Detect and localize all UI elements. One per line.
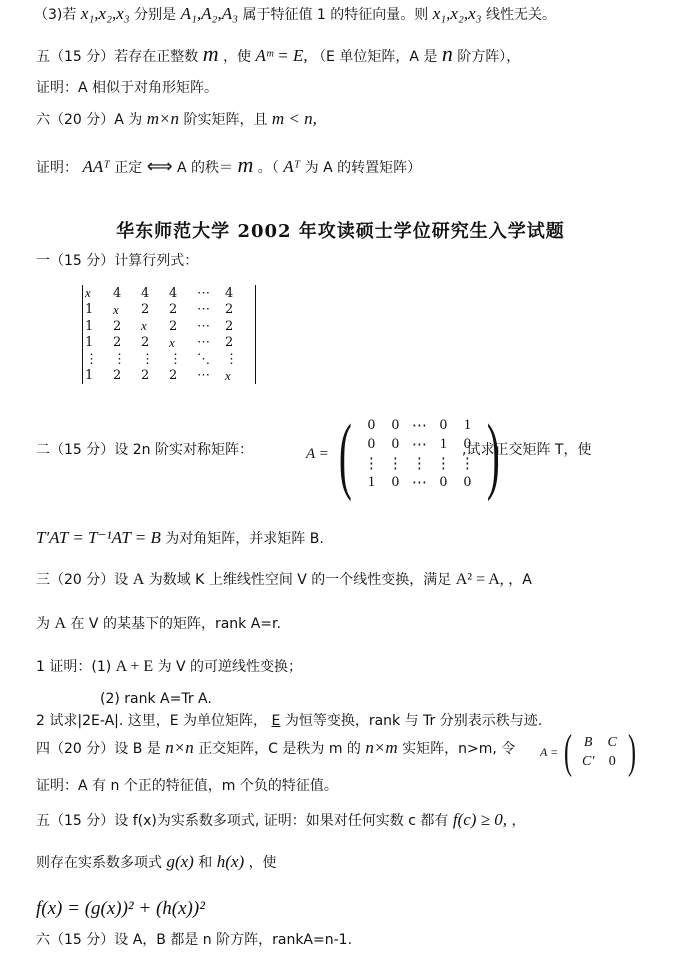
- q6-line1: 六（15 分）设 A，B 都是 n 阶方阵，rankA=n-1.: [36, 930, 352, 950]
- math-n-times-m: n×m: [365, 738, 397, 757]
- text: （3)若: [34, 7, 76, 23]
- matrix-table: BC C′0: [576, 733, 624, 771]
- q3-line1: 三（20 分）设 A 为数域 K 上维线性空间 V 的一个线性变换，满足 A² …: [36, 570, 532, 590]
- q4-line2: 证明：A 有 n 个正的特征值，m 个负的特征值。: [36, 776, 338, 796]
- math-m-times-n: m×n: [147, 109, 179, 128]
- math-m-less-n: m < n,: [272, 109, 317, 128]
- text: ，使: [223, 49, 251, 65]
- q4-line1: 四（20 分）设 B 是 n×n 正交矩阵，C 是秩为 m 的 n×m 实矩阵，…: [36, 738, 515, 759]
- math-a: A: [54, 615, 66, 632]
- text: 正交矩阵，C 是秩为 m 的: [198, 741, 361, 757]
- text: 阶方阵），: [457, 49, 520, 65]
- math-x-vectors: x₁,x₂,x₃: [81, 4, 130, 23]
- q5-line3: f(x) = (g(x))² + (h(x))²: [36, 899, 205, 920]
- math-a-power-m-equals-e: Aᵐ = E,: [256, 46, 308, 65]
- math-x-vectors: x₁,x₂,x₃: [433, 4, 482, 23]
- text: 正定: [114, 160, 142, 176]
- math-n-times-n: n×n: [165, 738, 193, 757]
- text: 则存在实系数多项式: [36, 855, 162, 871]
- text: 五（15 分）设 f(x)为实系数多项式, 证明：如果对任何实数 c 都有: [36, 813, 448, 829]
- q5-line1: 五（15 分）设 f(x)为实系数多项式, 证明：如果对任何实数 c 都有 f(…: [36, 810, 525, 831]
- q2-label: 二（15 分）设 2n 阶实对称矩阵：: [36, 440, 253, 460]
- math-a-plus-e: A + E: [116, 658, 153, 675]
- text: 为数域 K 上维线性空间 V 的一个线性变换，满足: [149, 572, 452, 588]
- math-idempotent: A² = A,: [456, 571, 504, 588]
- text: 1 证明：(1): [36, 659, 111, 675]
- text: 三（20 分）设: [36, 572, 128, 588]
- matrix-label: A =: [540, 745, 558, 760]
- text-line-q6-prev: 六（20 分）A 为 m×n 阶实矩阵，且 m < n,: [36, 109, 317, 130]
- text-line-proof-diag: 证明：A 相似于对角形矩阵。: [36, 78, 218, 98]
- text-line-q5-prev: 五（15 分）若存在正整数 m ，使 Aᵐ = E, （E 单位矩阵，A 是 n…: [36, 44, 520, 67]
- left-paren-icon: (: [339, 414, 352, 494]
- q5-line2: 则存在实系数多项式 g(x) 和 h(x) ，使: [36, 852, 277, 873]
- text: 为 A 的转置矩阵）: [305, 160, 421, 176]
- q3-line2: 为 A 在 V 的某基下的矩阵，rank A=r.: [36, 614, 281, 634]
- text: ，使: [249, 855, 277, 871]
- text: 阶实矩阵，且: [183, 112, 267, 128]
- text-line-eigenvectors: （3)若 x₁,x₂,x₃ 分别是 A₁,A₂,A₃ 属于特征值 1 的特征向量…: [34, 4, 556, 25]
- q3-line4: (2) rank A=Tr A.: [100, 689, 212, 709]
- q2-after: ,试求正交矩阵 T，使: [462, 440, 591, 460]
- math-n: n: [442, 41, 453, 66]
- right-paren-icon: ): [628, 730, 636, 774]
- math-g: g(x): [166, 852, 193, 871]
- determinant: x444⋯4 1x22⋯2 12x2⋯2 122x⋯2 ⋮⋮⋮⋮⋱⋮ 1222⋯…: [82, 285, 256, 384]
- math-f-nonneg: f(c) ≥ 0,: [453, 810, 507, 829]
- text: 为: [36, 616, 50, 632]
- text: 五（15 分）若存在正整数: [36, 49, 198, 65]
- text: 为恒等变换，rank 与 Tr 分别表示秩与迹.: [285, 713, 542, 729]
- q3-line3: 1 证明：(1) A + E 为 V 的可逆线性变换；: [36, 657, 302, 677]
- iff-arrow-icon: ⟺: [147, 156, 173, 177]
- text: 2 试求|2E-A|. 这里，E 为单位矩阵，: [36, 713, 267, 729]
- determinant-table: x444⋯4 1x22⋯2 12x2⋯2 122x⋯2 ⋮⋮⋮⋮⋱⋮ 1222⋯…: [85, 285, 253, 384]
- math-aat: AAᵀ: [82, 157, 109, 176]
- math-m: m: [203, 41, 219, 66]
- math-orthogonal-similarity: T′AT = T⁻¹AT = B: [36, 528, 161, 547]
- text: 四（20 分）设 B 是: [36, 741, 161, 757]
- text: 实矩阵，n>m, 令: [402, 741, 515, 757]
- left-paren-icon: (: [564, 730, 572, 774]
- q2-equation-line: T′AT = T⁻¹AT = B 为对角矩阵，并求矩阵 B.: [36, 528, 324, 549]
- matrix-label: A =: [306, 446, 329, 463]
- exam-title: 华东师范大学 2002 年攻读硕士学位研究生入学试题: [0, 217, 681, 243]
- text: 属于特征值 1 的特征向量。则: [242, 7, 428, 23]
- math-a-matrices: A₁,A₂,A₃: [181, 4, 238, 23]
- matrix-a-block: A = ( BC C′0 ): [540, 730, 640, 774]
- text: 和: [198, 855, 212, 871]
- math-at: Aᵀ: [283, 157, 300, 176]
- text-e-identity: E: [272, 713, 281, 729]
- text-line-proof-rank: 证明： AAᵀ 正定 ⟺ A 的秩＝ m 。（ Aᵀ 为 A 的转置矩阵）: [36, 155, 421, 178]
- text: 为对角矩阵，并求矩阵 B.: [165, 531, 324, 547]
- text: 六（20 分）A 为: [36, 112, 142, 128]
- text: 在 V 的某基下的矩阵，rank A=r.: [70, 616, 280, 632]
- text: 分别是: [134, 7, 176, 23]
- text: ，: [511, 813, 525, 829]
- text: 证明：: [36, 160, 78, 176]
- text: 。（: [258, 160, 279, 176]
- math-a: A: [133, 571, 145, 588]
- math-sum-of-squares: f(x) = (g(x))² + (h(x))²: [36, 898, 205, 919]
- text: 为 V 的可逆线性变换；: [158, 659, 302, 675]
- text: ，A: [508, 572, 532, 588]
- text: A 的秩＝: [177, 160, 233, 176]
- q1-label: 一（15 分）计算行列式：: [36, 251, 198, 271]
- text: （E 单位矩阵，A 是: [312, 49, 437, 65]
- text: 线性无关。: [486, 7, 556, 23]
- math-m: m: [237, 152, 253, 177]
- math-h: h(x): [217, 852, 244, 871]
- q3-line5: 2 试求|2E-A|. 这里，E 为单位矩阵， E 为恒等变换，rank 与 T…: [36, 711, 542, 731]
